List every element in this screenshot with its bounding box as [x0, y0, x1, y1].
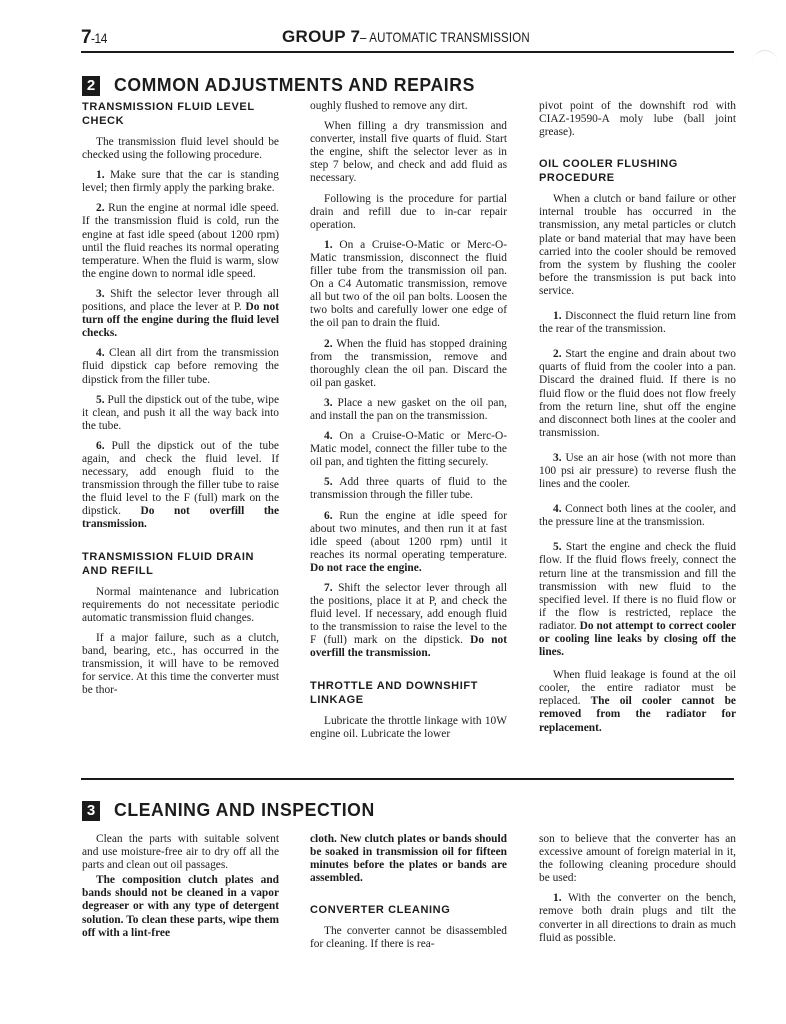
header-rule: [81, 51, 734, 53]
step-text: Use an air hose (with not more than 100 …: [539, 452, 736, 490]
step-1: 1. Disconnect the fluid return line from…: [539, 310, 736, 336]
step-text: Start the engine and drain about two qua…: [539, 348, 736, 439]
step-3: 3. Place a new gasket on the oil pan, an…: [310, 397, 507, 423]
step-text: Start the engine and check the fluid flo…: [539, 541, 736, 632]
section-heading-cleaning-inspection: 3CLEANING AND INSPECTION: [82, 800, 380, 821]
step-6: 6. Run the engine at idle speed for abou…: [310, 510, 507, 575]
section3-column-1: Clean the parts with suitable solvent an…: [82, 833, 279, 947]
step-3: 3. Use an air hose (with not more than 1…: [539, 452, 736, 491]
step-5: 5. Pull the dipstick out of the tube, wi…: [82, 394, 279, 433]
subheading-drain-refill: TRANSMISSION FLUID DRAIN AND REFILL: [82, 550, 279, 578]
step-6: 6. Pull the dipstick out of the tube aga…: [82, 440, 279, 532]
step-text: Connect both lines at the cooler, and th…: [539, 503, 736, 528]
section2-column-3: pivot point of the downshift rod with CI…: [539, 100, 736, 742]
manual-page: 7-14 GROUP 7 – AUTOMATIC TRANSMISSION 2C…: [0, 0, 786, 1024]
section-heading-common-adjustments: 2COMMON ADJUSTMENTS AND REPAIRS: [82, 75, 482, 96]
step-7: 7. Shift the selector lever through all …: [310, 582, 507, 661]
section3-column-3: son to believe that the converter has an…: [539, 833, 736, 952]
group-subtitle: – AUTOMATIC TRANSMISSION: [360, 29, 530, 45]
section2-column-2: oughly flushed to remove any dirt. When …: [310, 100, 507, 748]
step-number: 2.: [553, 348, 562, 360]
step-text: Place a new gasket on the oil pan, and i…: [310, 397, 507, 422]
paragraph: Following is the procedure for partial d…: [310, 193, 507, 232]
section2-column-1: TRANSMISSION FLUID LEVEL CHECK The trans…: [82, 100, 279, 704]
step-number: 2.: [324, 338, 333, 350]
step-number: 7.: [324, 582, 333, 594]
subheading-throttle-linkage: THROTTLE AND DOWNSHIFT LINKAGE: [310, 679, 507, 707]
step-5: 5. Add three quarts of fluid to the tran…: [310, 476, 507, 502]
step-text: Add three quarts of fluid to the transmi…: [310, 476, 507, 501]
subheading-converter-cleaning: CONVERTER CLEANING: [310, 903, 507, 917]
running-header: GROUP 7 – AUTOMATIC TRANSMISSION: [282, 27, 567, 47]
step-1: 1. On a Cruise-O-Matic or Merc-O-Matic t…: [310, 239, 507, 331]
subheading-oil-cooler-flushing: OIL COOLER FLUSHING PROCEDURE: [539, 157, 736, 185]
step-2: 2. Start the engine and drain about two …: [539, 348, 736, 440]
step-2: 2. Run the engine at normal idle speed. …: [82, 202, 279, 281]
paragraph: Normal maintenance and lubrication requi…: [82, 586, 279, 625]
step-text: Pull the dipstick out of the tube, wipe …: [82, 394, 279, 432]
step-5: 5. Start the engine and check the fluid …: [539, 541, 736, 659]
step-text: Run the engine at idle speed for about t…: [310, 510, 507, 561]
step-number: 4.: [324, 430, 333, 442]
step-text: On a Cruise-O-Matic or Merc-O-Matic mode…: [310, 430, 507, 468]
step-number: 5.: [553, 541, 562, 553]
step-4: 4. Connect both lines at the cooler, and…: [539, 503, 736, 529]
step-number: 3.: [96, 288, 105, 300]
paragraph-continued: oughly flushed to remove any dirt.: [310, 100, 507, 113]
section-divider-rule: [81, 778, 734, 780]
step-number: 4.: [96, 347, 105, 359]
paragraph-continued: son to believe that the converter has an…: [539, 833, 736, 885]
paragraph-bold-continued: cloth. New clutch plates or bands should…: [310, 833, 507, 885]
paragraph: If a major failure, such as a clutch, ba…: [82, 632, 279, 697]
warning-text: The composition clutch plates and bands …: [82, 874, 279, 938]
step-number: 6.: [96, 440, 105, 452]
step-number: 3.: [324, 397, 333, 409]
step-number: 2.: [96, 202, 105, 214]
paragraph: The converter cannot be disassembled for…: [310, 925, 507, 951]
group-label: GROUP 7: [282, 27, 360, 46]
paragraph: Clean the parts with suitable solvent an…: [82, 833, 279, 872]
step-number: 4.: [553, 503, 562, 515]
step-number: 3.: [553, 452, 562, 464]
step-3: 3. Shift the selector lever through all …: [82, 288, 279, 340]
step-text: Disconnect the fluid return line from th…: [539, 310, 736, 335]
warning-text: cloth. New clutch plates or bands should…: [310, 833, 507, 884]
step-4: 4. On a Cruise-O-Matic or Merc-O-Matic m…: [310, 430, 507, 469]
page-number-page: -14: [91, 30, 107, 46]
paragraph: Lubricate the throttle linkage with 10W …: [310, 715, 507, 741]
step-number: 1.: [553, 892, 562, 904]
paragraph-bold: The composition clutch plates and bands …: [82, 874, 279, 939]
paragraph: When filling a dry transmission and conv…: [310, 120, 507, 185]
step-2: 2. When the fluid has stopped draining f…: [310, 338, 507, 390]
step-number: 1.: [553, 310, 562, 322]
paragraph: The transmission fluid level should be c…: [82, 136, 279, 162]
paragraph-leakage: When fluid leakage is found at the oil c…: [539, 669, 736, 734]
warning-text: Do not race the engine.: [310, 562, 422, 574]
section-title: COMMON ADJUSTMENTS AND REPAIRS: [114, 75, 475, 96]
step-number: 1.: [96, 169, 105, 181]
step-number: 5.: [96, 394, 105, 406]
page-corner-mark: [752, 50, 778, 77]
step-number: 6.: [324, 510, 333, 522]
paragraph: When a clutch or band failure or other i…: [539, 193, 736, 298]
step-text: When the fluid has stopped draining from…: [310, 338, 507, 389]
page-number-group: 7: [81, 27, 91, 48]
step-1: 1. Make sure that the car is standing le…: [82, 169, 279, 195]
step-text: Run the engine at normal idle speed. If …: [82, 202, 279, 279]
step-number: 5.: [324, 476, 333, 488]
step-4: 4. Clean all dirt from the transmission …: [82, 347, 279, 386]
section3-column-2: cloth. New clutch plates or bands should…: [310, 833, 507, 959]
step-number: 1.: [324, 239, 333, 251]
step-text: Make sure that the car is standing level…: [82, 169, 279, 194]
section-title: CLEANING AND INSPECTION: [114, 800, 375, 821]
section-number-badge: 2: [82, 76, 100, 96]
paragraph-continued: pivot point of the downshift rod with CI…: [539, 100, 736, 139]
step-1: 1. With the converter on the bench, remo…: [539, 892, 736, 944]
section-number-badge: 3: [82, 801, 100, 821]
step-text: On a Cruise-O-Matic or Merc-O-Matic tran…: [310, 239, 507, 330]
subheading-fluid-level-check: TRANSMISSION FLUID LEVEL CHECK: [82, 100, 279, 128]
page-number: 7-14: [81, 27, 110, 49]
step-text: With the converter on the bench, remove …: [539, 892, 736, 943]
step-text: Clean all dirt from the transmission flu…: [82, 347, 279, 385]
